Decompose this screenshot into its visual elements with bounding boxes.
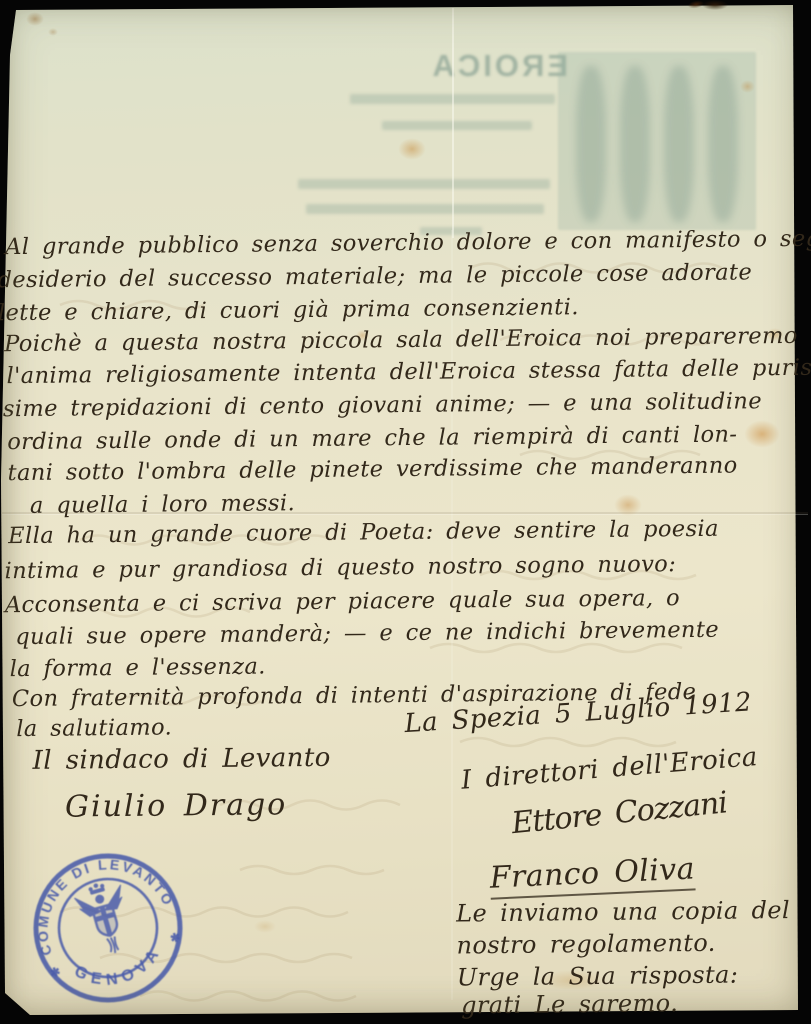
body-line: la salutiamo. <box>16 714 172 742</box>
signature-ettore-cozzani: Ettore Cozzani <box>510 785 729 841</box>
body-line: lette e chiare, di cuori già prima conse… <box>0 294 579 326</box>
body-line: a quella i loro messi. <box>30 490 295 519</box>
body-line: Acconsenta e ci scriva per piacere quale… <box>5 585 680 618</box>
stamp-separator-icon: ✱ <box>48 964 62 980</box>
signature-giulio-drago: Giulio Drago <box>65 787 288 824</box>
body-line: desiderio del successo materiale; ma le … <box>0 259 752 293</box>
body-line: tani sotto l'ombra delle pinete verdissi… <box>7 453 737 487</box>
closing-role-left: Il sindaco di Levanto <box>32 743 331 776</box>
body-line: sime trepidazioni di cento giovani anime… <box>3 388 762 422</box>
body-line: la forma e l'essenza. <box>9 653 265 682</box>
stamp-eagle-crest-icon <box>72 877 138 959</box>
body-line: Poichè a questa nostra piccola sala dell… <box>4 323 798 357</box>
postscript-line: Le inviamo una copia del <box>456 896 790 927</box>
postscript-line: Urge la Sua risposta: <box>457 961 739 992</box>
svg-text:GENOVA: GENOVA <box>68 939 172 1000</box>
stamp-ring-text-bottom: GENOVA <box>68 939 172 1000</box>
body-line: quali sue opere manderà; — e ce ne indic… <box>15 617 719 650</box>
body-line: intima e pur grandiosa di questo nostro … <box>4 551 676 584</box>
scanned-letter: EROICA <box>0 0 811 1024</box>
postscript-line: grati Le saremo. <box>461 989 678 1019</box>
postscript-line: nostro regolamento. <box>456 929 715 960</box>
body-line: Ella ha un grande cuore di Poeta: deve s… <box>8 516 719 549</box>
body-line: ordina sulle onde di un mare che la riem… <box>7 422 737 456</box>
signature-franco-oliva: Franco Oliva <box>489 851 696 899</box>
body-line: l'anima religiosamente intenta dell'Eroi… <box>6 355 811 390</box>
body-line: Al grande pubblico senza soverchio dolor… <box>5 225 811 260</box>
